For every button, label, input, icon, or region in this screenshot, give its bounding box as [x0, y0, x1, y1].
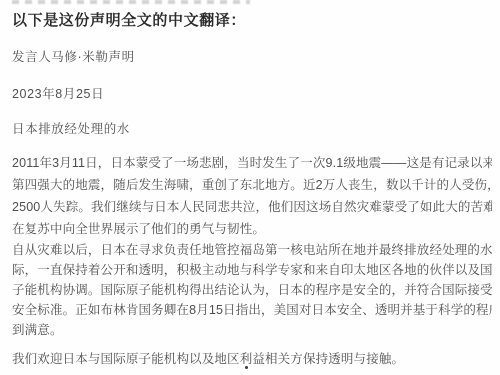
- statement-byline: 发言人马修·米勒声明: [12, 47, 135, 65]
- text-line: 自从灾难以后，日本在寻求负责任地管控福岛第一核电站所在地并最终排放经处理的水之: [12, 240, 492, 260]
- page-title: 以下是这份声明全文的中文翻译：: [12, 9, 246, 30]
- text-line: 第四强大的地震，随后发生海啸，重创了东北地方。近2万人丧生，数以千计的人受伤，: [12, 174, 492, 196]
- statement-date: 2023年8月25日: [12, 84, 104, 102]
- text-line: 2500人失踪。我们继续与日本人民同悲共泣，他们因这场自然灾难蒙受了如此大的苦难…: [12, 196, 492, 218]
- text-line: 我们欢迎日本与国际原子能机构以及地区利益相关方保持透明与接触。: [12, 349, 492, 369]
- paragraph-welcome: 我们欢迎日本与国际原子能机构以及地区利益相关方保持透明与接触。: [12, 349, 492, 369]
- paragraph-earthquake: 2011年3月11日，日本蒙受了一场悲剧，当时发生了一次9.1级地震——这是有记…: [12, 152, 492, 240]
- statement-subtitle: 日本排放经处理的水: [12, 119, 130, 137]
- paragraph-transparency: 自从灾难以后，日本在寻求负责任地管控福岛第一核电站所在地并最终排放经处理的水之 …: [12, 240, 492, 340]
- text-line: 到满意。: [12, 320, 492, 340]
- text-line: 在复苏中向全世界展示了他们的勇气与韧性。: [12, 218, 492, 240]
- article-page: 以下是这份声明全文的中文翻译： 发言人马修·米勒声明 2023年8月25日 日本…: [0, 0, 500, 375]
- text-line: 子能机构协调。国际原子能机构得出结论认为，日本的程序是安全的，并符合国际接受的核: [12, 280, 492, 300]
- text-line: 际，一直保持着公开和透明，积极主动地与科学专家和来自印太地区各地的伙伴以及国际原: [12, 260, 492, 280]
- cursor-dot: [245, 366, 248, 369]
- text-line: 安全标准。正如布林肯国务卿在8月15日指出，美国对日本安全、透明并基于科学的程序…: [12, 300, 492, 320]
- text-line: 2011年3月11日，日本蒙受了一场悲剧，当时发生了一次9.1级地震——这是有记…: [12, 152, 492, 174]
- cropped-text-remnant: [12, 0, 250, 4]
